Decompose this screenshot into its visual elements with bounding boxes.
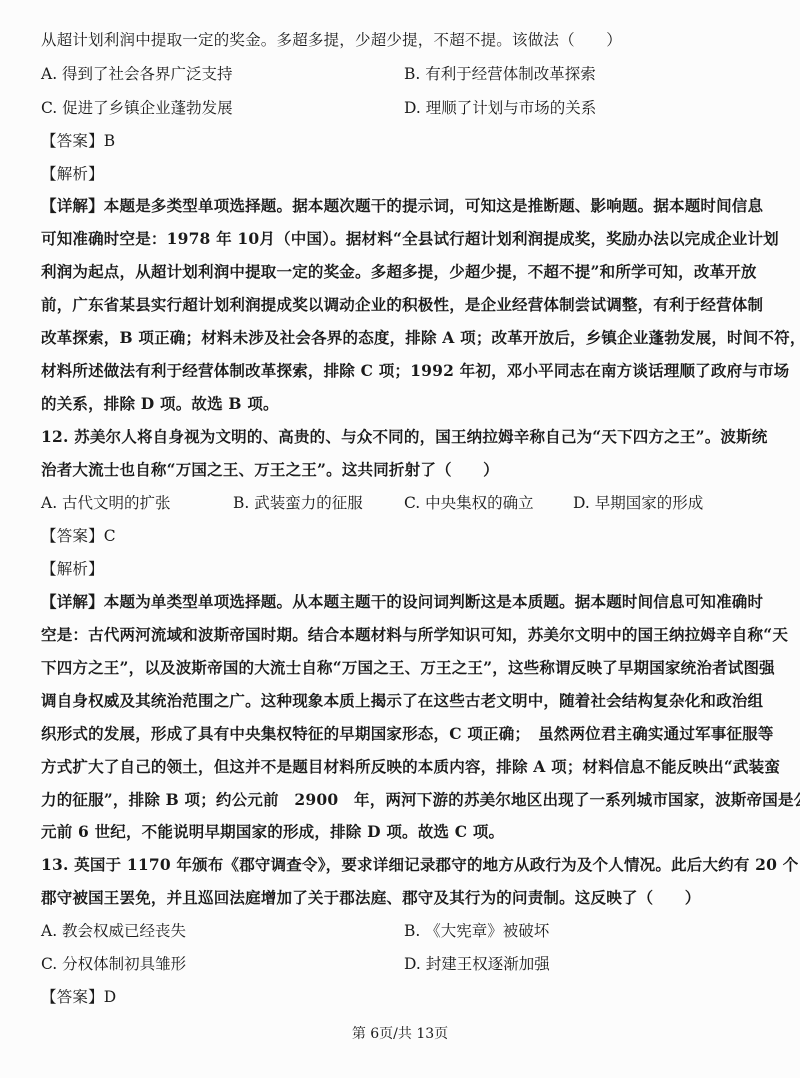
q11-detail-line: 前，广东省某县实行超计划利润提成奖以调动企业的积极性，是企业经营体制尝试调整，有… — [41, 295, 763, 315]
q12-detail-line: 调自身权威及其统治范围之广。这种现象本质上揭示了在这些古老文明中，随着社会结构复… — [41, 691, 763, 711]
q11-detail-line: 的关系，排除 D 项。故选 B 项。 — [41, 394, 279, 414]
q11-option-c: C. 促进了乡镇企业蓬勃发展 — [41, 98, 233, 118]
q12-stem-line: 治者大流士也自称“万国之王、万王之王”。这共同折射了（ ） — [41, 460, 499, 480]
q11-option-b: B. 有利于经营体制改革探索 — [404, 64, 596, 84]
q12-analysis-title: 【解析】 — [41, 559, 104, 579]
q12-answer: 【答案】C — [41, 526, 116, 546]
q12-detail-line: 力的征服”，排除 B 项；约公元前 2900 年，两河下游的苏美尔地区出现了一系… — [41, 790, 800, 810]
q11-detail-line: 改革探索，B 项正确；材料未涉及社会各界的态度，排除 A 项；改革开放后，乡镇企… — [41, 328, 800, 348]
q12-detail-line: 【详解】本题为单类型单项选择题。从本题主题干的设问词判断这是本质题。据本题时间信… — [41, 592, 763, 612]
q12-option-b: B. 武装蛮力的征服 — [233, 493, 363, 513]
q12-stem-line: 12. 苏美尔人将自身视为文明的、高贵的、与众不同的，国王纳拉姆辛称自己为“天下… — [41, 427, 768, 447]
q13-stem-line: 13. 英国于 1170 年颁布《郡守调查令》，要求详细记录郡守的地方从政行为及… — [41, 855, 798, 875]
q13-option-b: B. 《大宪章》被破坏 — [404, 921, 549, 941]
q11-stem-tail: 从超计划利润中提取一定的奖金。多超多提，少超少提，不超不提。该做法（ ） — [41, 30, 622, 50]
q13-option-a: A. 教会权威已经丧失 — [41, 921, 186, 941]
q12-detail-line: 织形式的发展，形成了具有中央集权特征的早期国家形态，C 项正确； 虽然两位君主确… — [41, 724, 774, 744]
q11-detail-line: 材料所述做法有利于经营体制改革探索，排除 C 项；1992 年初，邓小平同志在南… — [41, 361, 789, 381]
q12-detail-line: 元前 6 世纪，不能说明早期国家的形成，排除 D 项。故选 C 项。 — [41, 822, 504, 842]
q13-option-c: C. 分权体制初具雏形 — [41, 954, 186, 974]
q12-option-d: D. 早期国家的形成 — [573, 493, 703, 513]
q11-analysis-title: 【解析】 — [41, 164, 104, 184]
q11-option-a: A. 得到了社会各界广泛支持 — [41, 64, 233, 84]
document-page: 从超计划利润中提取一定的奖金。多超多提，少超少提，不超不提。该做法（ ） A. … — [0, 0, 800, 1078]
q11-answer: 【答案】B — [41, 131, 115, 151]
q12-option-a: A. 古代文明的扩张 — [41, 493, 171, 513]
q12-option-c: C. 中央集权的确立 — [404, 493, 534, 513]
q13-answer: 【答案】D — [41, 987, 116, 1007]
q12-detail-line: 空是：古代两河流域和波斯帝国时期。结合本题材料与所学知识可知，苏美尔文明中的国王… — [41, 625, 788, 645]
q12-detail-line: 下四方之王”，以及波斯帝国的大流士自称“万国之王、万王之王”，这些称谓反映了早期… — [41, 658, 775, 678]
q11-detail-line: 利润为起点，从超计划利润中提取一定的奖金。多超多提，少超少提，不超不提”和所学可… — [41, 262, 757, 282]
q11-option-d: D. 理顺了计划与市场的关系 — [404, 98, 596, 118]
q11-detail-line: 【详解】本题是多类型单项选择题。据本题次题干的提示词，可知这是推断题、影响题。据… — [41, 196, 763, 216]
q13-stem-line: 郡守被国王罢免，并且巡回法庭增加了关于郡法庭、郡守及其行为的问责制。这反映了（ … — [41, 888, 700, 908]
q12-detail-line: 方式扩大了自己的领土，但这并不是题目材料所反映的本质内容，排除 A 项；材料信息… — [41, 757, 780, 777]
q11-detail-line: 可知准确时空是：1978 年 10月（中国）。据材料“全县试行超计划利润提成奖，… — [41, 229, 779, 249]
q13-option-d: D. 封建王权逐渐加强 — [404, 954, 550, 974]
page-number: 第 6页/共 13页 — [0, 1025, 800, 1043]
